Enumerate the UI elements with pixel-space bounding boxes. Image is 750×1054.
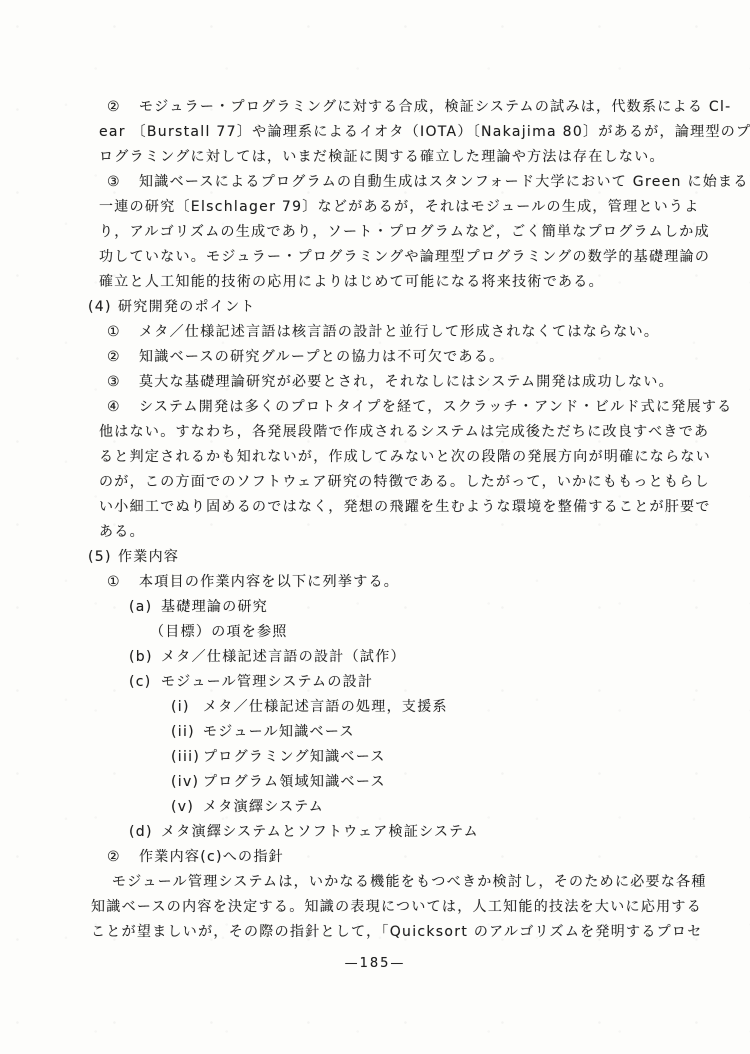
text-line: ある。 bbox=[0, 520, 750, 545]
item-marker: ② bbox=[107, 345, 121, 370]
line-text: 知識ベースの研究グループとの協力は不可欠である。 bbox=[139, 345, 504, 370]
line-text: 知識ベースによるプログラムの自動生成はスタンフォード大学において Green に… bbox=[139, 170, 749, 195]
item-marker: (a) bbox=[129, 595, 152, 620]
list-item: (v) メタ演繹システム bbox=[0, 795, 750, 820]
item-marker: (b) bbox=[129, 645, 153, 670]
line-text: モジュール知識ベース bbox=[203, 720, 355, 745]
line-text: のが，この方面でのソフトウェア研究の特徴である。したがって，いかにももっともらし bbox=[99, 470, 710, 495]
line-text: メタ／仕様記述言語は核言語の設計と並行して形成されなくてはならない。 bbox=[139, 320, 659, 345]
item-marker: ④ bbox=[107, 395, 121, 420]
line-text: ある。 bbox=[99, 520, 145, 545]
text-line: 一連の研究〔Elschlager 79〕などがあるが，それはモジュールの生成，管… bbox=[0, 195, 750, 220]
line-text: 知識ベースの内容を決定する。知識の表現については，人工知能的技法を大いに応用する bbox=[91, 895, 702, 920]
item-marker: (d) bbox=[129, 820, 153, 845]
item-marker: (iii) bbox=[171, 745, 200, 770]
line-text: 作業内容(c)への指針 bbox=[139, 845, 284, 870]
line-text: プログラム領域知識ベース bbox=[203, 770, 386, 795]
line-text: 作業内容 bbox=[118, 545, 179, 570]
line-text: ログラミングに対しては，いまだ検証に関する確立した理論や方法は存在しない。 bbox=[99, 145, 665, 170]
text-line: ④ システム開発は多くのプロトタイプを経て，スクラッチ・アンド・ビルド式に発展す… bbox=[0, 395, 750, 420]
list-item: (d) メタ演繹システムとソフトウェア検証システム bbox=[0, 820, 750, 845]
text-line: ① 本項目の作業内容を以下に列挙する。 bbox=[0, 570, 750, 595]
item-marker: (iv) bbox=[171, 770, 199, 795]
line-text: メタ／仕様記述言語の処理，支援系 bbox=[203, 695, 448, 720]
list-item: (a) 基礎理論の研究 bbox=[0, 595, 750, 620]
text-line: のが，この方面でのソフトウェア研究の特徴である。したがって，いかにももっともらし bbox=[0, 470, 750, 495]
item-marker: ① bbox=[107, 570, 121, 595]
line-text: 莫大な基礎理論研究が必要とされ，それなしにはシステム開発は成功しない。 bbox=[139, 370, 674, 395]
item-marker: (v) bbox=[171, 795, 194, 820]
line-text: 確立と人工知能的技術の応用によりはじめて可能になる将来技術である。 bbox=[99, 270, 604, 295]
line-text: ると判定されるかも知れないが，作成してみないと次の段階の発展方向が明確にならない bbox=[99, 445, 711, 470]
line-text: モジュラー・プログラミングに対する合成，検証システムの試みは，代数系による Cl… bbox=[139, 95, 732, 120]
line-text: 基礎理論の研究 bbox=[161, 595, 268, 620]
text-line: モジュール管理システムは，いかなる機能をもつべきか検討し，そのために必要な各種 bbox=[0, 870, 750, 895]
text-line: 功していない。モジュラー・プログラミングや論理型プログラミングの数学的基礎理論の bbox=[0, 245, 750, 270]
text-line: ことが望ましいが，その際の指針として，「Quicksort のアルゴリズムを発明… bbox=[0, 920, 750, 945]
section-heading: (4) 研究開発のポイント bbox=[0, 295, 750, 320]
item-marker: ① bbox=[107, 320, 121, 345]
line-text: 本項目の作業内容を以下に列挙する。 bbox=[139, 570, 399, 595]
line-text: 功していない。モジュラー・プログラミングや論理型プログラミングの数学的基礎理論の bbox=[99, 245, 710, 270]
list-item: (ii) モジュール知識ベース bbox=[0, 720, 750, 745]
line-text: メタ／仕様記述言語の設計（試作） bbox=[161, 645, 406, 670]
page-number: —185— bbox=[0, 956, 750, 971]
item-marker: (4) bbox=[88, 295, 112, 320]
line-text: システム開発は多くのプロトタイプを経て，スクラッチ・アンド・ビルド式に発展する bbox=[139, 395, 732, 420]
item-marker: (5) bbox=[88, 545, 112, 570]
line-text: 他はない。すなわち，各発展段階で作成されるシステムは完成後ただちに改良すべきであ bbox=[99, 420, 709, 445]
list-item: （目標）の項を参照 bbox=[0, 620, 750, 645]
line-text: ear 〔Burstall 77〕や論理系によるイオタ（IOTA）〔Nakaji… bbox=[99, 120, 750, 145]
line-text: プログラミング知識ベース bbox=[203, 745, 386, 770]
line-text: ことが望ましいが，その際の指針として，「Quicksort のアルゴリズムを発明… bbox=[91, 920, 703, 945]
item-marker: (ii) bbox=[171, 720, 195, 745]
scanned-page: ② モジュラー・プログラミングに対する合成，検証システムの試みは，代数系による … bbox=[0, 0, 750, 1054]
line-text: り，アルゴリズムの生成であり，ソート・プログラムなど，ごく簡単なプログラムしか成 bbox=[99, 220, 710, 245]
text-line: ① メタ／仕様記述言語は核言語の設計と並行して形成されなくてはならない。 bbox=[0, 320, 750, 345]
text-line: ③ 莫大な基礎理論研究が必要とされ，それなしにはシステム開発は成功しない。 bbox=[0, 370, 750, 395]
text-line: ② 知識ベースの研究グループとの協力は不可欠である。 bbox=[0, 345, 750, 370]
line-text: モジュール管理システムの設計 bbox=[161, 670, 373, 695]
list-item: (i) メタ／仕様記述言語の処理，支援系 bbox=[0, 695, 750, 720]
line-text: 研究開発のポイント bbox=[118, 295, 256, 320]
text-line: ログラミングに対しては，いまだ検証に関する確立した理論や方法は存在しない。 bbox=[0, 145, 750, 170]
page-body: ② モジュラー・プログラミングに対する合成，検証システムの試みは，代数系による … bbox=[0, 95, 750, 945]
line-text: メタ演繹システムとソフトウェア検証システム bbox=[161, 820, 479, 845]
text-line: ると判定されるかも知れないが，作成してみないと次の段階の発展方向が明確にならない bbox=[0, 445, 750, 470]
item-marker: (i) bbox=[171, 695, 190, 720]
line-text: い小細工でぬり固めるのではなく，発想の飛躍を生むような環境を整備することが肝要で bbox=[99, 495, 711, 520]
text-line: り，アルゴリズムの生成であり，ソート・プログラムなど，ごく簡単なプログラムしか成 bbox=[0, 220, 750, 245]
line-text: 一連の研究〔Elschlager 79〕などがあるが，それはモジュールの生成，管… bbox=[99, 195, 700, 220]
item-marker: ③ bbox=[107, 170, 121, 195]
text-line: 確立と人工知能的技術の応用によりはじめて可能になる将来技術である。 bbox=[0, 270, 750, 295]
item-marker: (c) bbox=[129, 670, 152, 695]
item-marker: ② bbox=[107, 95, 121, 120]
text-line: ear 〔Burstall 77〕や論理系によるイオタ（IOTA）〔Nakaji… bbox=[0, 120, 750, 145]
section-heading: (5) 作業内容 bbox=[0, 545, 750, 570]
item-marker: ③ bbox=[107, 370, 121, 395]
text-line: 他はない。すなわち，各発展段階で作成されるシステムは完成後ただちに改良すべきであ bbox=[0, 420, 750, 445]
text-line: ② 作業内容(c)への指針 bbox=[0, 845, 750, 870]
list-item: (b) メタ／仕様記述言語の設計（試作） bbox=[0, 645, 750, 670]
list-item: (iv) プログラム領域知識ベース bbox=[0, 770, 750, 795]
line-text: モジュール管理システムは，いかなる機能をもつべきか検討し，そのために必要な各種 bbox=[112, 870, 707, 895]
list-item: (c) モジュール管理システムの設計 bbox=[0, 670, 750, 695]
line-text: （目標）の項を参照 bbox=[150, 620, 288, 645]
line-text: メタ演繹システム bbox=[203, 795, 324, 820]
text-line: い小細工でぬり固めるのではなく，発想の飛躍を生むような環境を整備することが肝要で bbox=[0, 495, 750, 520]
text-line: 知識ベースの内容を決定する。知識の表現については，人工知能的技法を大いに応用する bbox=[0, 895, 750, 920]
text-line: ③ 知識ベースによるプログラムの自動生成はスタンフォード大学において Green… bbox=[0, 170, 750, 195]
text-line: ② モジュラー・プログラミングに対する合成，検証システムの試みは，代数系による … bbox=[0, 95, 750, 120]
list-item: (iii) プログラミング知識ベース bbox=[0, 745, 750, 770]
item-marker: ② bbox=[107, 845, 121, 870]
